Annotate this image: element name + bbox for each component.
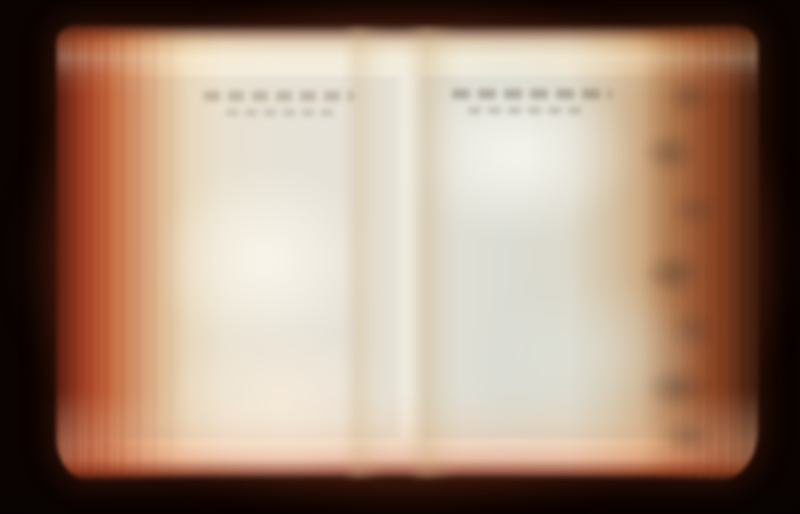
edge-vignette <box>56 25 758 480</box>
photo-frame <box>0 0 800 514</box>
open-book-photo <box>56 25 758 480</box>
